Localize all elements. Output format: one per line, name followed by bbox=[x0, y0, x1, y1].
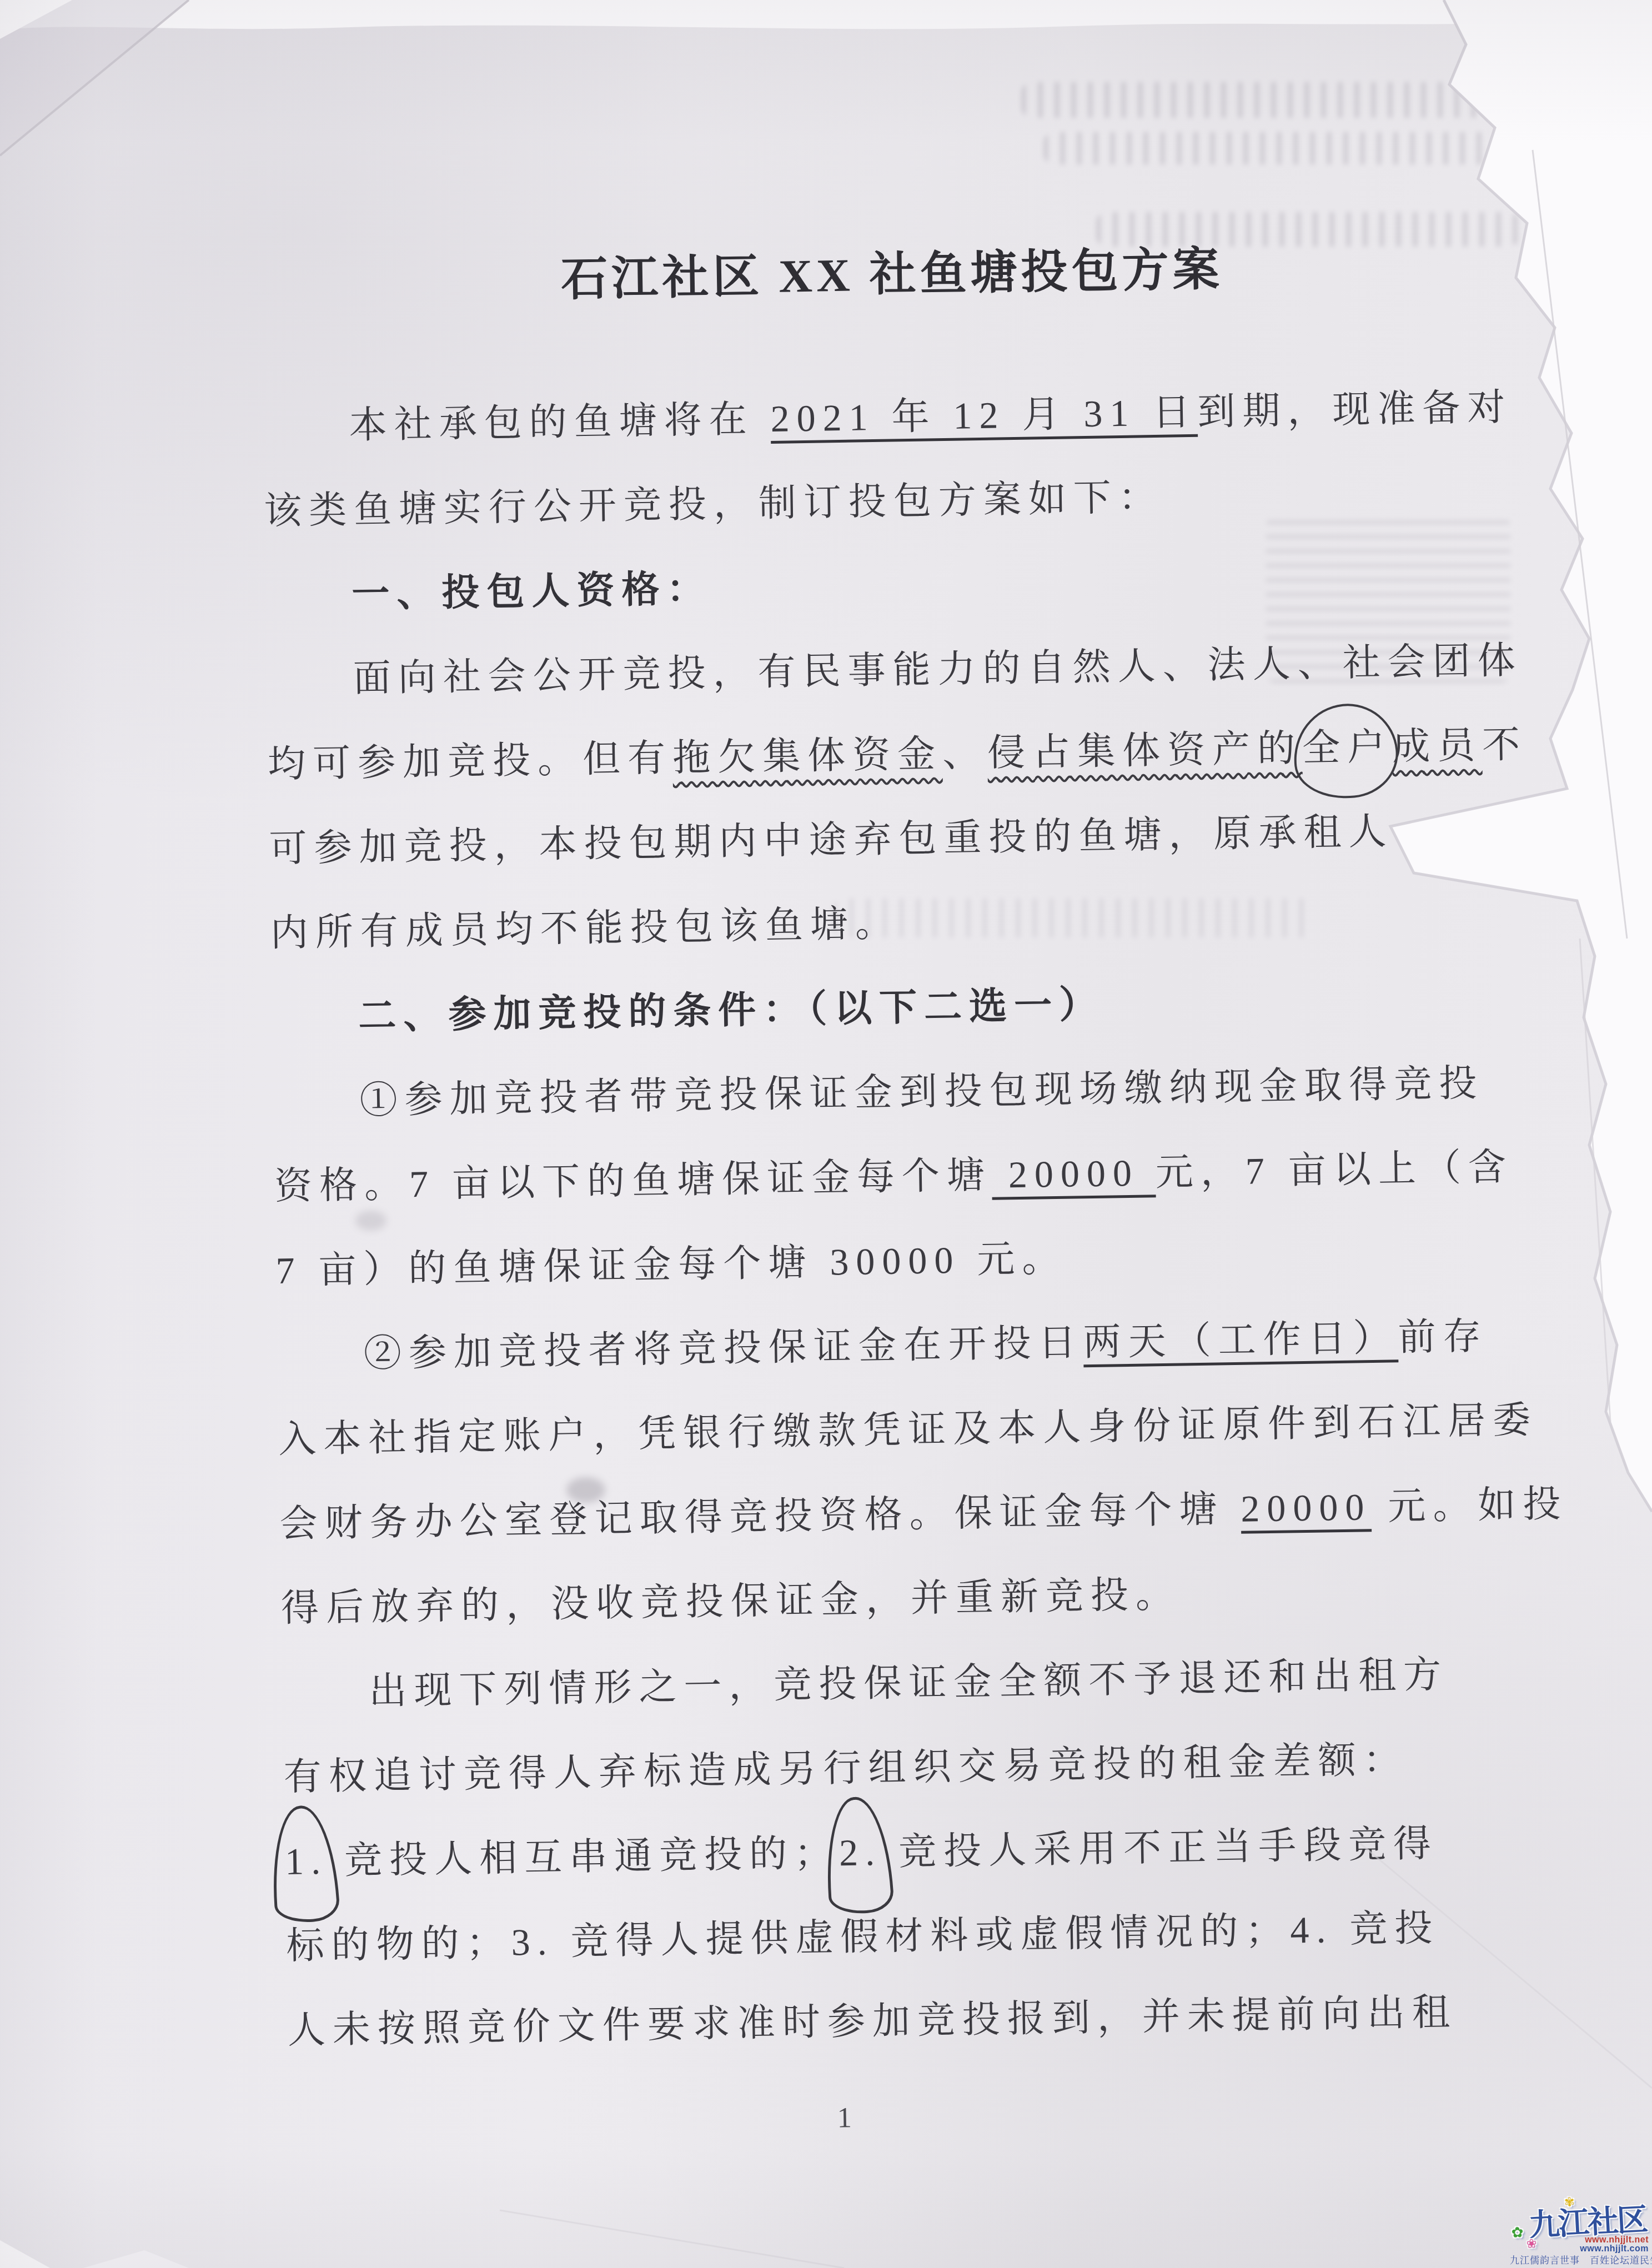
doc-segment: 有权追讨竞得人弃标造成另行组织交易竞投的租金差额： bbox=[283, 1738, 1408, 1798]
doc-segment: 资格。7 亩以下的鱼塘保证金每个塘 bbox=[274, 1154, 992, 1207]
doc-segment: 本社承包的鱼塘将在 bbox=[349, 398, 771, 446]
doc-segment: ①参加竞投者带竞投保证金到投包现场缴纳现金取得竞投 bbox=[359, 1062, 1484, 1122]
doc-segment: 人未按照竞价文件要求准时参加竞投报到，并未提前向出租 bbox=[287, 1991, 1457, 2051]
watermark-logo: ✿ ❀ ✾ 九江社区 bbox=[1528, 2203, 1650, 2242]
doc-segment: 会财务办公室登记取得竞投资格。保证金每个塘 bbox=[279, 1488, 1241, 1545]
doc-segment: 该类鱼塘实行公开竞投，制订投包方案如下： bbox=[263, 476, 1163, 532]
doc-segment: 内所有成员均不能投包该鱼塘。 bbox=[270, 902, 900, 954]
doc-segment: 竞投人采用不正当手段竞得 bbox=[882, 1822, 1439, 1873]
document-lines: 本社承包的鱼塘将在 2021 年 12 月 31 日到期，现准备对该类鱼塘实行公… bbox=[0, 363, 1652, 2076]
flower-icon-green: ✿ bbox=[1511, 2225, 1522, 2240]
doc-segment: 不 bbox=[1482, 724, 1527, 766]
doc-segment: 标的物的；3. 竞得人提供虚假材料或虚假情况的；4. 竞投 bbox=[286, 1906, 1440, 1967]
scanned-document-page: 石江社区 XX 社鱼塘投包方案 本社承包的鱼塘将在 2021 年 12 月 31… bbox=[0, 0, 1652, 2268]
doc-segment-wavy: 侵占集体资产的 bbox=[987, 727, 1302, 774]
site-watermark: ✿ ❀ ✾ 九江社区 www.nhjjlt.net www.nhjjlt.com… bbox=[1510, 2206, 1649, 2266]
doc-segment: 二、参加竞投的条件：（以下二选一） bbox=[358, 984, 1104, 1037]
doc-segment-u: 20000 bbox=[1241, 1486, 1372, 1530]
doc-segment-u: 两天（工作日） bbox=[1083, 1316, 1398, 1363]
doc-segment-wavy: 拖欠集体资金 bbox=[672, 732, 943, 779]
document-title: 石江社区 XX 社鱼塘投包方案 bbox=[264, 227, 1520, 314]
page-number: 1 bbox=[289, 2093, 1400, 2142]
doc-segment: 均可参加竞投。但有 bbox=[268, 737, 673, 785]
doc-segment: ②参加竞投者将竞投保证金在开投日 bbox=[363, 1321, 1083, 1374]
doc-segment-circle: 全户 bbox=[1302, 704, 1393, 790]
doc-segment: 元。如投 bbox=[1371, 1483, 1568, 1528]
doc-segment-u: 2021 年 12 月 31 日 bbox=[770, 391, 1198, 440]
doc-segment: 7 亩）的鱼塘保证金每个塘 30000 元。 bbox=[275, 1237, 1067, 1292]
watermark-tagline: 九江儒韵言世事 百姓论坛道民生 bbox=[1510, 2256, 1649, 2266]
doc-segment: 元，7 亩以上（含 bbox=[1155, 1146, 1513, 1193]
doc-segment: 出现下列情形之一，竞投保证金全额不予退还和出租方 bbox=[369, 1653, 1449, 1713]
doc-segment: 面向社会公开竞投，有民事能力的自然人、法人、社会团体 bbox=[353, 639, 1523, 700]
doc-segment-hc: 2. bbox=[838, 1810, 882, 1895]
flower-icon-pink: ❀ bbox=[1526, 2237, 1535, 2250]
doc-segment: 入本社指定账户，凭银行缴款凭证及本人身份证原件到石江居委 bbox=[278, 1398, 1538, 1461]
doc-segment: 竞投人相互串通竞投的； bbox=[328, 1832, 840, 1881]
doc-segment: 得后放弃的，没收竞投保证金，并重新竞投。 bbox=[280, 1573, 1181, 1629]
flower-icon-yellow: ✾ bbox=[1564, 2196, 1573, 2209]
doc-segment-hc: 1. bbox=[284, 1819, 328, 1904]
doc-segment: 一、投包人资格： bbox=[352, 568, 712, 615]
doc-segment: 、 bbox=[942, 732, 987, 775]
doc-segment: 可参加竞投，本投包期内中途弃包重投的鱼塘，原承租人 bbox=[269, 810, 1394, 870]
doc-segment: 前存 bbox=[1398, 1315, 1488, 1359]
watermark-logo-text: 九江社区 bbox=[1528, 2201, 1647, 2242]
doc-segment-wavy: 成员 bbox=[1392, 724, 1482, 768]
doc-segment-u: 20000 bbox=[991, 1151, 1156, 1196]
document-body: 石江社区 XX 社鱼塘投包方案 本社承包的鱼塘将在 2021 年 12 月 31… bbox=[0, 0, 1652, 2268]
doc-segment: 到期，现准备对 bbox=[1197, 386, 1513, 433]
